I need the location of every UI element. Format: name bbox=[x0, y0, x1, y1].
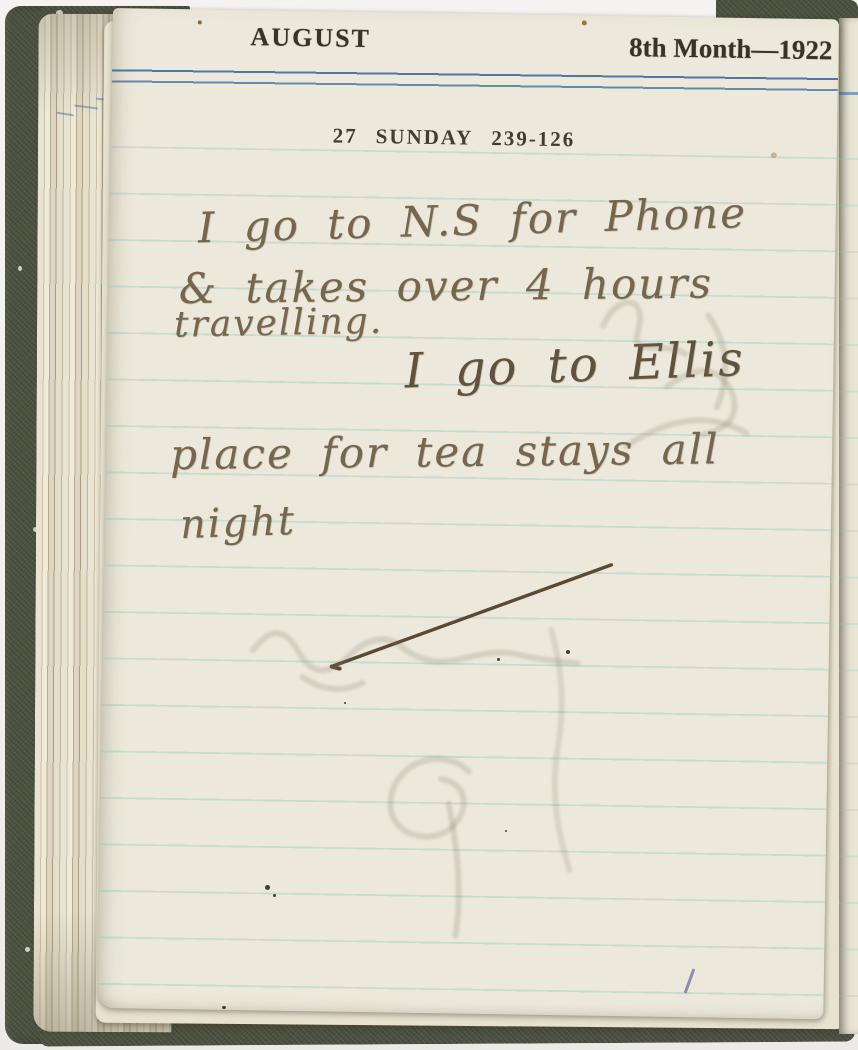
lint-fleck bbox=[25, 947, 30, 952]
date-weekday: SUNDAY bbox=[376, 124, 474, 150]
lint-fleck bbox=[18, 266, 22, 271]
ink-speck bbox=[273, 894, 276, 897]
ink-speck bbox=[222, 1006, 226, 1009]
ink-speck bbox=[344, 702, 346, 704]
handwritten-line-3: travelling. bbox=[174, 301, 384, 346]
date-code: 239-126 bbox=[491, 126, 575, 151]
next-page-blue-rule bbox=[839, 92, 858, 95]
next-page-edge bbox=[839, 18, 858, 1034]
double-blue-rule bbox=[112, 67, 838, 96]
ink-speck bbox=[566, 650, 570, 654]
page-header-month-info: 8th Month—1922 bbox=[629, 32, 833, 66]
handwritten-line-5: place for tea stays all bbox=[170, 424, 720, 479]
paper-stain bbox=[771, 152, 777, 158]
page-header-month: AUGUST bbox=[250, 22, 371, 54]
date-day: 27 bbox=[333, 123, 358, 147]
ink-speck bbox=[505, 830, 507, 832]
handwritten-line-6: night bbox=[179, 498, 297, 548]
ink-speck bbox=[497, 658, 500, 661]
paper-stain bbox=[582, 20, 587, 25]
next-page-ruled-lines bbox=[839, 158, 858, 1014]
diary-page: AUGUST 8th Month—1922 27SUNDAY239-126 I … bbox=[97, 8, 839, 1019]
diary-photo: AUGUST 8th Month—1922 27SUNDAY239-126 I … bbox=[0, 0, 858, 1050]
ink-speck bbox=[265, 885, 270, 890]
paper-stain bbox=[198, 20, 202, 24]
